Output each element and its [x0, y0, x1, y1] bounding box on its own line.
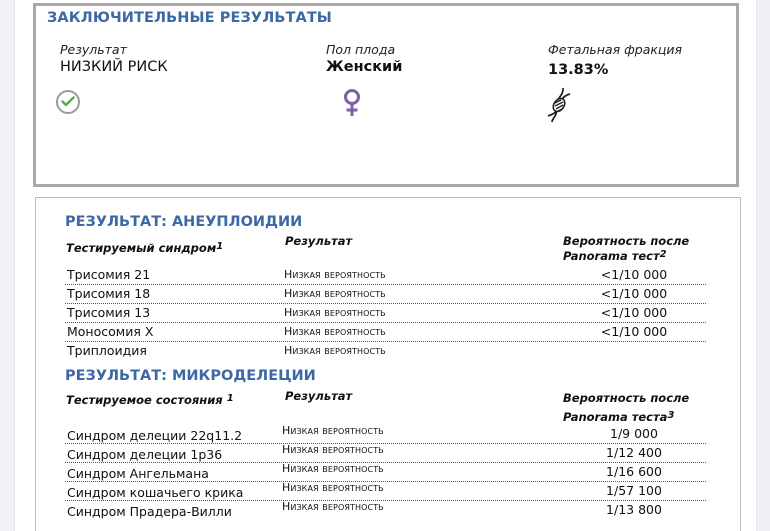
aneuploidy-title: РЕЗУЛЬТАТ: АНЕУПЛОИДИИ	[65, 214, 302, 230]
table-row: Трисомия 21 Низкая вероятность <1/10 000	[65, 266, 706, 285]
microdeletion-col-probability-line1: Вероятность после	[563, 389, 689, 408]
aneuploidy-col-result: Результат	[285, 234, 352, 249]
row-result: Низкая вероятность	[284, 325, 386, 338]
row-name: Синдром Ангельмана	[67, 466, 209, 481]
microdeletion-col-condition-label: Тестируемое состояния	[66, 393, 223, 407]
table-row: Синдром делеции 1p36 Низкая вероятность …	[65, 444, 706, 463]
row-name: Трисомия 21	[67, 267, 150, 282]
row-name: Трисомия 18	[67, 286, 150, 301]
footnote-marker: 1	[216, 241, 223, 252]
footnote-marker: 2	[660, 249, 667, 260]
aneuploidy-col-probability-line1: Вероятность после	[563, 234, 689, 249]
table-row: Трисомия 13 Низкая вероятность <1/10 000	[65, 304, 706, 323]
final-results-title: ЗАКЛЮЧИТЕЛЬНЫЕ РЕЗУЛЬТАТЫ	[47, 10, 332, 26]
row-result: Низкая вероятность	[284, 287, 386, 300]
row-name: Моносомия X	[67, 324, 153, 339]
aneuploidy-col-syndrome: Тестируемый синдром1	[66, 241, 223, 256]
table-row: Синдром Прадера-Вилли Низкая вероятность…	[65, 501, 706, 519]
fetal-sex-label: Пол плода	[326, 42, 402, 57]
table-row: Синдром кошачьего крика Низкая вероятнос…	[65, 482, 706, 501]
fetal-fraction-value: 13.83%	[548, 62, 682, 78]
aneuploidy-col-probability: Вероятность после Panorama тест2	[563, 234, 689, 264]
row-probability: 1/16 600	[565, 464, 703, 479]
microdeletion-title: РЕЗУЛЬТАТ: МИКРОДЕЛЕЦИИ	[65, 368, 316, 384]
row-probability: <1/10 000	[565, 267, 703, 282]
left-margin-strip	[0, 0, 15, 531]
microdeletion-col-probability: Вероятность после Panorama теста3	[563, 389, 689, 427]
row-probability: 1/57 100	[565, 483, 703, 498]
row-name: Синдром делеции 1p36	[67, 447, 222, 462]
row-result: Низкая вероятность	[282, 481, 384, 494]
row-probability: <1/10 000	[565, 305, 703, 320]
table-row: Синдром Ангельмана Низкая вероятность 1/…	[65, 463, 706, 482]
table-row: Моносомия X Низкая вероятность <1/10 000	[65, 323, 706, 342]
right-margin-strip	[756, 0, 770, 531]
row-probability: 1/12 400	[565, 445, 703, 460]
row-result: Низкая вероятность	[282, 462, 384, 475]
fetal-sex-summary: Пол плода Женский	[326, 42, 402, 75]
results-panel: РЕЗУЛЬТАТ: АНЕУПЛОИДИИ Тестируемый синдр…	[35, 197, 741, 531]
row-name: Синдром делеции 22q11.2	[67, 428, 242, 443]
row-name: Трисомия 13	[67, 305, 150, 320]
row-name: Синдром кошачьего крика	[67, 485, 243, 500]
row-result: Низкая вероятность	[282, 443, 384, 456]
row-probability: 1/13 800	[565, 502, 703, 517]
female-symbol-icon	[341, 88, 363, 122]
row-probability: 1/9 000	[565, 426, 703, 441]
footnote-marker: 1	[227, 393, 234, 404]
microdeletion-col-result: Результат	[285, 389, 352, 404]
dna-icon	[546, 86, 574, 128]
row-result: Низкая вероятность	[284, 306, 386, 319]
row-result: Низкая вероятность	[282, 424, 384, 437]
check-circle-icon	[56, 90, 80, 114]
row-probability: <1/10 000	[565, 324, 703, 339]
aneuploidy-col-syndrome-label: Тестируемый синдром	[66, 241, 216, 255]
final-results-panel: ЗАКЛЮЧИТЕЛЬНЫЕ РЕЗУЛЬТАТЫ Результат НИЗК…	[33, 3, 739, 187]
table-row: Триплоидия Низкая вероятность	[65, 342, 706, 360]
result-value: НИЗКИЙ РИСК	[60, 59, 168, 75]
row-result: Низкая вероятность	[284, 344, 386, 357]
row-name: Синдром Прадера-Вилли	[67, 504, 232, 519]
row-probability: <1/10 000	[565, 286, 703, 301]
row-result: Низкая вероятность	[284, 268, 386, 281]
result-summary: Результат НИЗКИЙ РИСК	[60, 42, 168, 75]
table-row: Трисомия 18 Низкая вероятность <1/10 000	[65, 285, 706, 304]
fetal-sex-value: Женский	[326, 59, 402, 75]
table-row: Синдром делеции 22q11.2 Низкая вероятнос…	[65, 425, 706, 444]
footnote-marker: 3	[667, 410, 674, 421]
row-name: Триплоидия	[67, 343, 147, 358]
row-result: Низкая вероятность	[282, 500, 384, 513]
fetal-fraction-label: Фетальная фракция	[548, 42, 682, 57]
microdeletion-col-probability-line2: Panorama теста	[563, 410, 667, 424]
result-label: Результат	[60, 42, 168, 57]
microdeletion-col-condition: Тестируемое состояния 1	[66, 393, 234, 408]
fetal-fraction-summary: Фетальная фракция 13.83%	[548, 42, 682, 78]
aneuploidy-col-probability-line2: Panorama тест	[563, 249, 660, 263]
